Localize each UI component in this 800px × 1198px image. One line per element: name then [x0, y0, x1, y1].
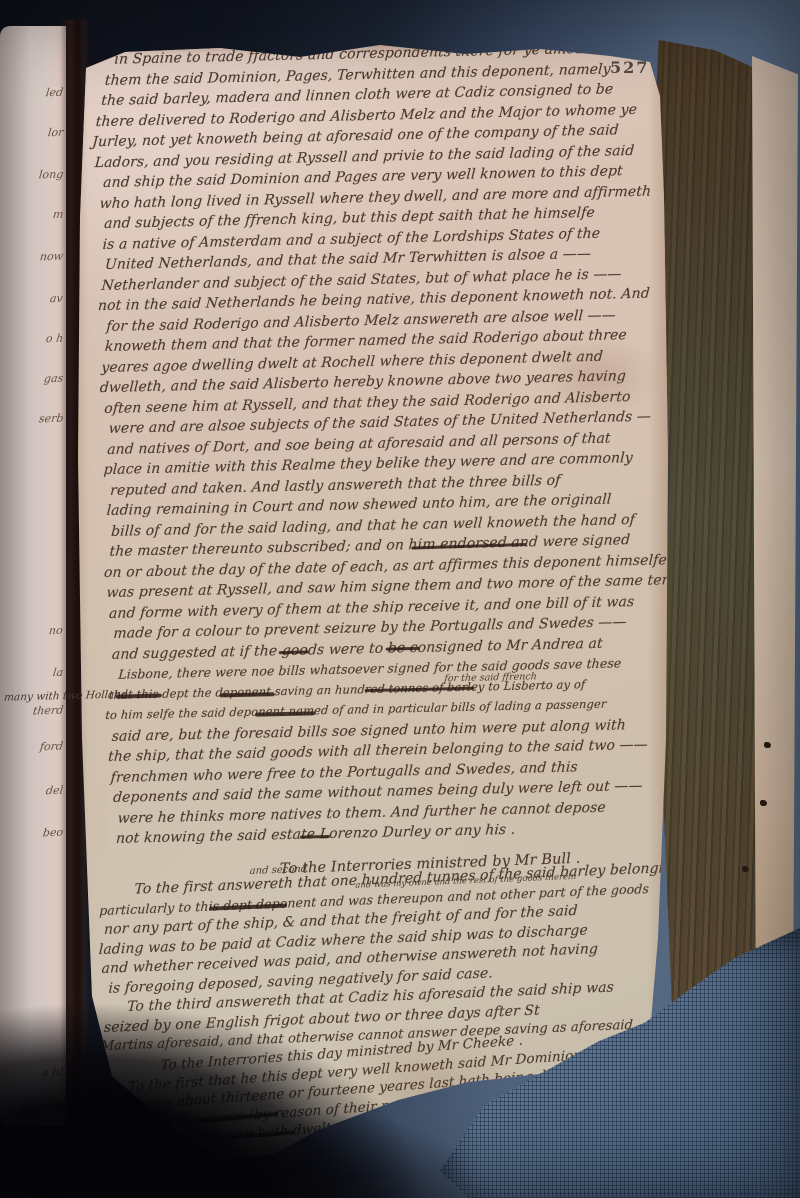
deposition-body-text: in Spaine to trade ffactors and correspo…	[100, 39, 678, 851]
ink-speck	[742, 866, 749, 872]
fore-edge-outer-leaf	[752, 56, 798, 966]
manuscript-photograph: led lor long m now av o h gas serb no la…	[0, 0, 800, 1198]
interlinear-insertion: and second	[249, 864, 307, 877]
ink-speck	[760, 800, 767, 806]
manuscript-page: 527 in Spaine to trade ffactors and corr…	[70, 38, 670, 1166]
facing-page-edge: led lor long m now av o h gas serb no la…	[0, 26, 66, 1126]
interlinear-insertion: for the said ffrench	[444, 671, 537, 684]
ink-speck	[764, 742, 771, 748]
